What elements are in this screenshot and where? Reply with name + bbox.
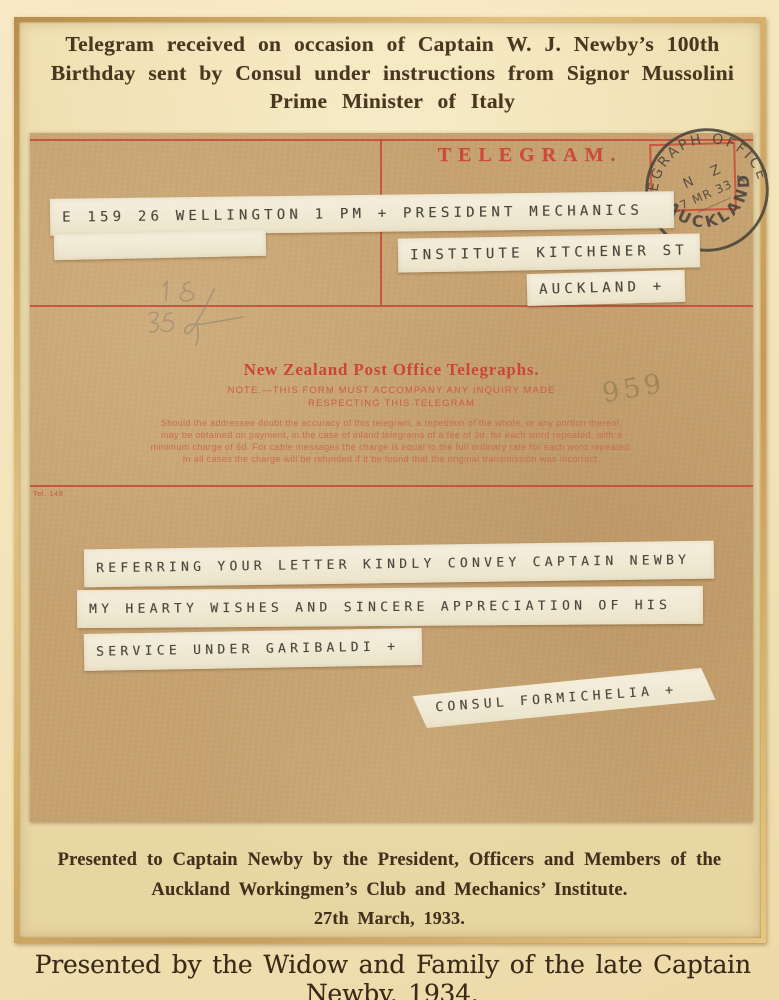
pencil-mark-3 — [149, 312, 158, 332]
form-number: Tel. 149 — [33, 489, 63, 498]
address-strip-2: INSTITUTE KITCHENER ST — [398, 233, 701, 272]
top-caption-line1: Telegram received on occasion of Captain… — [34, 30, 751, 59]
address-strip-3: AUCKLAND + — [527, 270, 686, 306]
pencil-annotations — [118, 273, 268, 363]
address-strip-3-text: AUCKLAND + — [527, 278, 666, 298]
message-strip-2: MY HEARTY WISHES AND SINCERE APPRECIATIO… — [77, 586, 703, 628]
conditions-line4: In all cases the charge will be refunded… — [88, 453, 695, 465]
conditions-text: Should the addressee doubt the accuracy … — [88, 417, 695, 465]
address-strip-1-text: E 159 26 WELLINGTON 1 PM + PRESIDENT MEC… — [50, 202, 643, 225]
conditions-line2: may be obtained on payment, in the case … — [88, 429, 695, 441]
conditions-line3: minimum charge of 6d. For cable messages… — [88, 441, 695, 453]
message-strip-1-text: REFERRING YOUR LETTER KINDLY CONVEY CAPT… — [84, 552, 690, 575]
form-rule-lower — [30, 485, 753, 487]
form-rule-top — [30, 139, 753, 141]
signature-strip: CONSUL FORMICHELIA + — [412, 667, 716, 729]
bottom-caption-line3: 27th March, 1933. — [40, 908, 739, 929]
top-caption-line2: Birthday sent by Consul under instructio… — [34, 59, 751, 88]
signature-strip-text: CONSUL FORMICHELIA + — [413, 682, 678, 716]
message-strip-3-text: SERVICE UNDER GARIBALDI + — [84, 639, 399, 659]
message-strip-3: SERVICE UNDER GARIBALDI + — [84, 628, 423, 671]
top-caption-line3: Prime Minister of Italy — [34, 87, 751, 116]
telegram-form: TELEGRAM. TELEGRAPH OFFICE AUCKLAND N Z … — [30, 133, 753, 822]
message-strip-2-text: MY HEARTY WISHES AND SINCERE APPRECIATIO… — [77, 598, 671, 617]
top-caption: Telegram received on occasion of Captain… — [34, 30, 751, 116]
address-strip-1: E 159 26 WELLINGTON 1 PM + PRESIDENT MEC… — [50, 191, 674, 236]
bottom-caption-line1: Presented to Captain Newby by the Presid… — [40, 850, 739, 871]
pencil-mark-8 — [180, 282, 193, 301]
pencil-mark-1 — [163, 282, 167, 301]
pencil-tail — [196, 326, 198, 345]
address-strip-2-text: INSTITUTE KITCHENER ST — [398, 243, 688, 264]
blank-tape-strip — [54, 230, 266, 260]
handwritten-dedication: Presented by the Widow and Family of the… — [17, 950, 767, 1000]
conditions-line1: Should the addressee doubt the accuracy … — [88, 417, 695, 429]
bottom-caption-line2: Auckland Workingmen’s Club and Mechanics… — [40, 880, 739, 901]
message-strip-1: REFERRING YOUR LETTER KINDLY CONVEY CAPT… — [84, 541, 714, 588]
pencil-mark-5 — [161, 313, 173, 331]
